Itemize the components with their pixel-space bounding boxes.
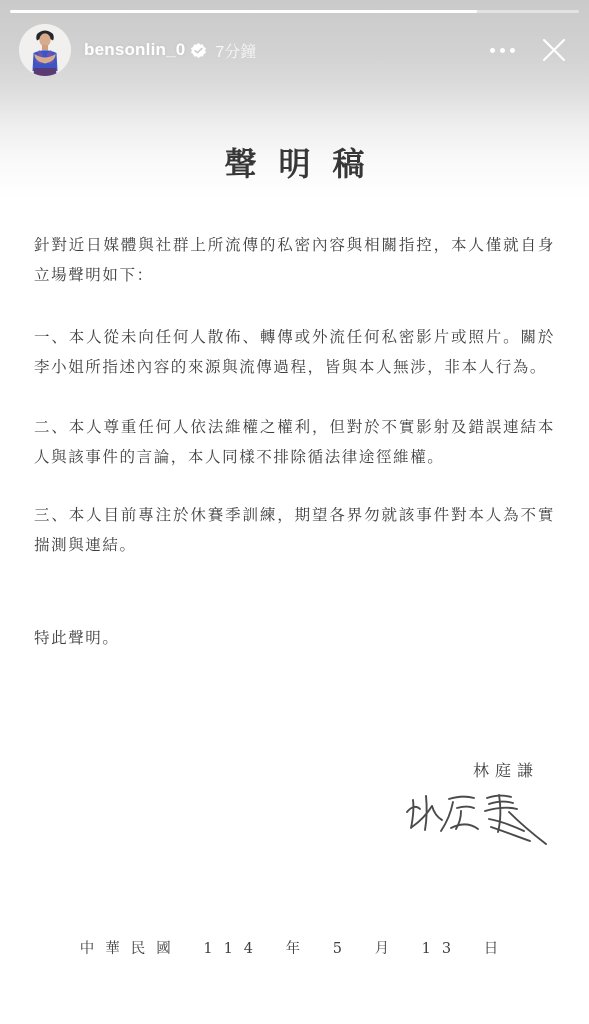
story-progress-bar	[10, 10, 579, 13]
statement-date: 中華民國 114 年 5 月 13 日	[34, 937, 555, 958]
close-button[interactable]	[535, 31, 573, 69]
username[interactable]: bensonlin_0	[84, 40, 185, 60]
more-options-icon	[510, 48, 515, 53]
statement-closing: 特此聲明。	[34, 623, 555, 653]
avatar[interactable]	[19, 24, 71, 76]
close-icon	[539, 35, 569, 65]
statement-intro: 針對近日媒體與社群上所流傳的私密內容與相關指控，本人僅就自身立場聲明如下：	[34, 230, 555, 290]
more-options-icon	[490, 48, 495, 53]
player-avatar-image	[19, 24, 71, 76]
verified-badge-icon	[191, 43, 206, 58]
statement-point-2: 二、本人尊重任何人依法維權之權利，但對於不實影射及錯誤連結本人與該事件的言論，本…	[34, 412, 555, 472]
story-progress-fill	[10, 10, 477, 13]
statement-point-1: 一、本人從未向任何人散佈、轉傳或外流任何私密影片或照片。關於李小姐所指述內容的來…	[34, 322, 555, 382]
signature-block: 林庭謙	[34, 758, 555, 854]
statement-point-3: 三、本人目前專注於休賽季訓練，期望各界勿就該事件對本人為不實揣測與連結。	[34, 500, 555, 560]
more-options-button[interactable]	[484, 38, 521, 63]
story-viewer[interactable]: 聲明稿 針對近日媒體與社群上所流傳的私密內容與相關指控，本人僅就自身立場聲明如下…	[0, 0, 589, 1024]
more-options-icon	[500, 48, 505, 53]
document-title: 聲明稿	[34, 139, 555, 185]
story-header-row: bensonlin_0 7分鐘	[0, 24, 589, 76]
signer-printed-name: 林庭謙	[34, 758, 539, 781]
statement-document: 聲明稿 針對近日媒體與社群上所流傳的私密內容與相關指控，本人僅就自身立場聲明如下…	[0, 139, 589, 958]
story-header: bensonlin_0 7分鐘	[0, 0, 589, 96]
handwritten-signature	[403, 786, 553, 850]
story-timestamp: 7分鐘	[215, 39, 256, 62]
